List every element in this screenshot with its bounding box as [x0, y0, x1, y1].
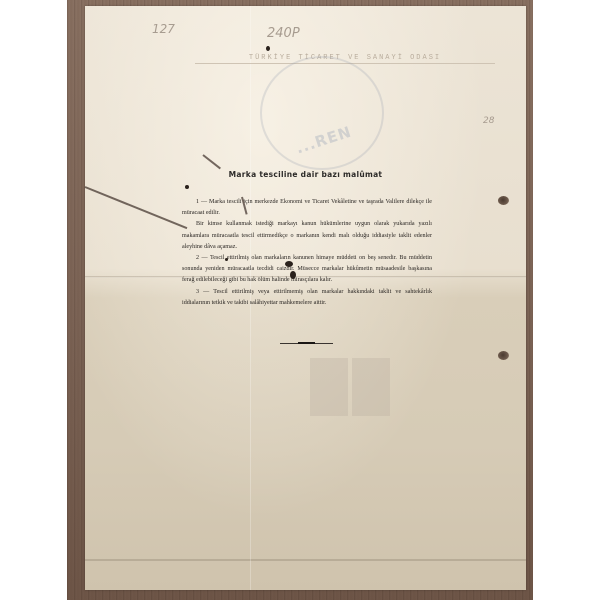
handwritten-page-number: 127 [152, 22, 175, 36]
document-body: 1 — Marka tescili için merkezde Ekonomi … [182, 197, 432, 309]
punch-hole [498, 351, 509, 360]
punch-hole [498, 196, 509, 205]
revenue-stamps-ghost [310, 358, 410, 418]
fold-crease-bottom [85, 559, 526, 561]
ink-spot [225, 258, 228, 261]
document-page: 127 240P 28 TÜRKİYE TİCARET VE SANAYİ OD… [85, 6, 526, 590]
circular-stamp [260, 56, 384, 170]
paragraph-4: 3 — Tescil ettirilmiş veya ettirilmemiş … [182, 287, 432, 309]
paragraph-3: 2 — Tescil ettirilmiş olan markaların ka… [182, 253, 432, 287]
ink-spot [290, 271, 296, 279]
handwritten-note: 240P [267, 26, 300, 41]
handwritten-margin-note: 28 [483, 116, 494, 126]
revenue-stamp [310, 358, 348, 416]
ink-stain [202, 154, 221, 169]
ink-stain [85, 186, 188, 229]
ink-spot [185, 185, 189, 189]
ink-spot [285, 261, 293, 267]
ink-spot [266, 46, 270, 51]
paragraph-1: 1 — Marka tescili için merkezde Ekonomi … [182, 197, 432, 219]
section-divider [280, 343, 333, 344]
paragraph-2: Bir kimse kullanmak istediği markayı kan… [182, 219, 432, 253]
revenue-stamp [352, 358, 390, 416]
document-title: Marka tesciline dair bazı malûmat [85, 170, 526, 179]
